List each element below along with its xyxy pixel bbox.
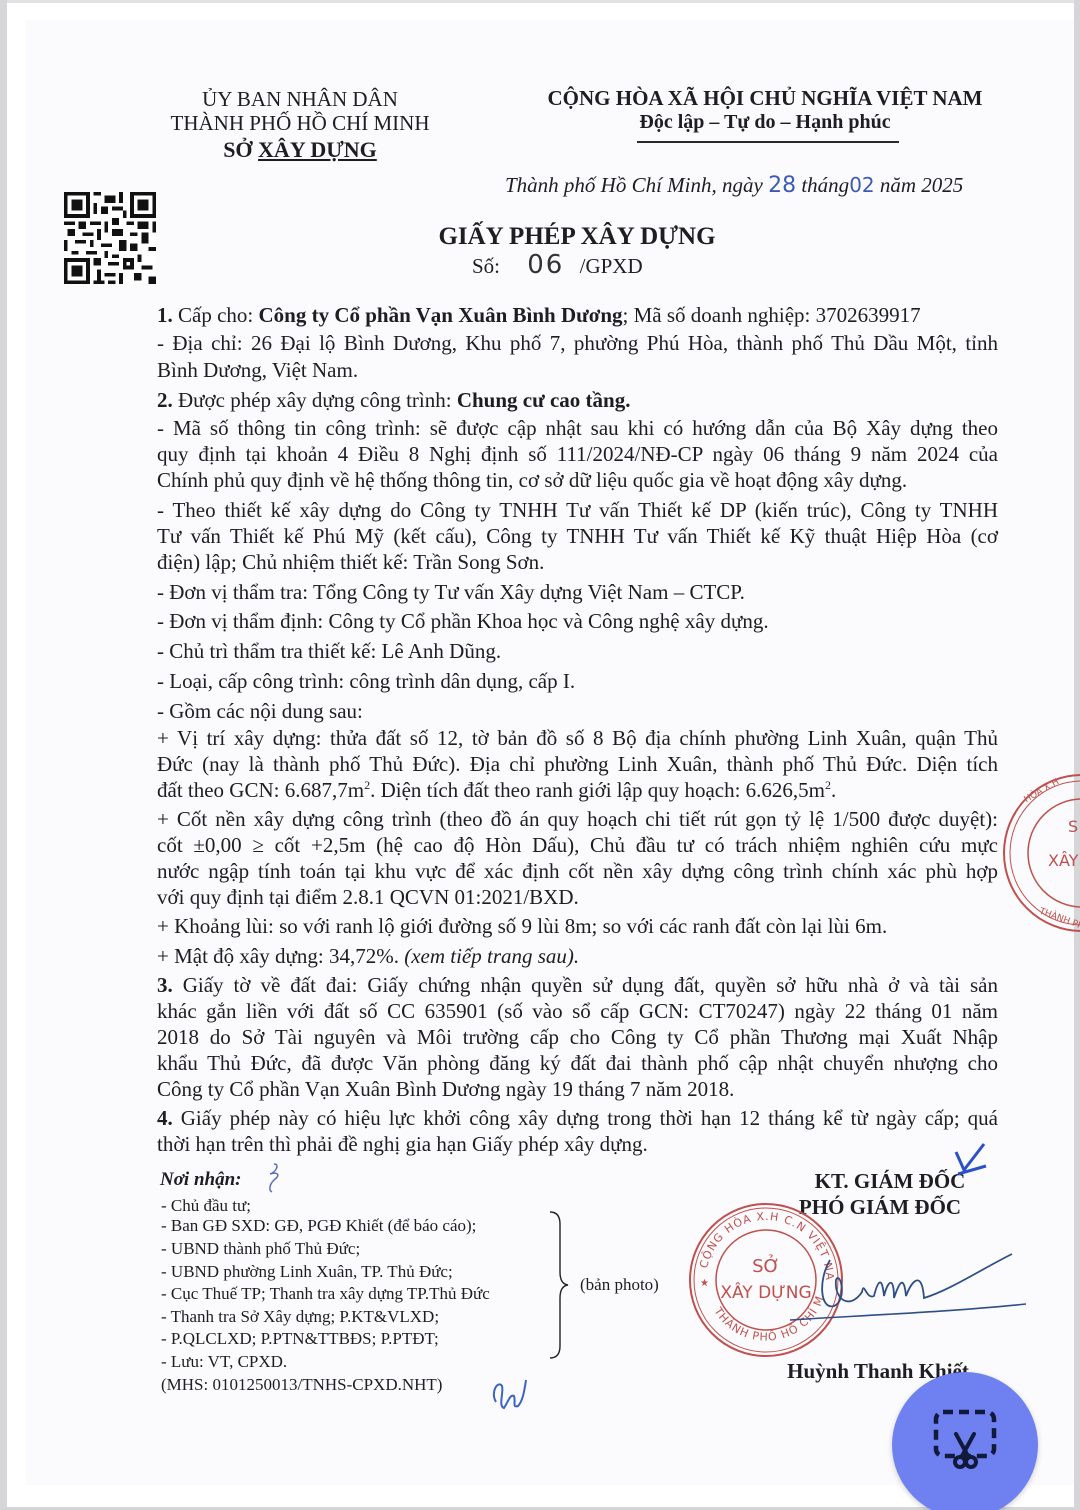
elevation-line-3: nước ngập tính toán tại khu vực để xác đ… <box>157 858 998 884</box>
agency-prefix: SỞ <box>223 137 258 162</box>
svg-text:S: S <box>1068 817 1078 836</box>
project-code-line-1: - Mã số thông tin công trình: sẽ được cậ… <box>157 415 998 441</box>
recipient-item: - Ban GĐ SXD: GĐ, PGĐ Khiết (để báo cáo)… <box>161 1215 476 1237</box>
screenshot-scissors-icon <box>932 1408 998 1474</box>
project-type: Chung cư cao tầng. <box>457 388 631 412</box>
section-4-line-2: thời hạn trên thì phải đề nghị gia hạn G… <box>157 1131 648 1157</box>
setback: + Khoảng lùi: so với ranh lộ giới đường … <box>157 913 887 939</box>
issue-date: Thành phố Hồ Chí Minh, ngày 28 tháng02 n… <box>505 172 963 199</box>
label: Được phép xây dựng công trình: <box>173 388 457 412</box>
period: . <box>831 778 836 802</box>
label: Cấp cho: <box>173 303 259 327</box>
handwritten-signature <box>790 1240 1030 1335</box>
checkmark-icon <box>950 1140 990 1180</box>
screenshot-crop-button[interactable] <box>892 1372 1038 1510</box>
gcn-area: đất theo GCN: 6.687,7m <box>157 778 364 802</box>
recipient-item: - Cục Thuế TP; Thanh tra xây dựng TP.Thủ… <box>161 1283 490 1305</box>
agency-line-2: THÀNH PHỐ HỒ CHÍ MINH <box>130 110 470 136</box>
section-number: 4. <box>157 1106 173 1130</box>
date-month-label: tháng <box>796 173 849 197</box>
handwritten-initial <box>488 1372 530 1416</box>
svg-text:HÒA X.H: HÒA X.H <box>1022 775 1061 805</box>
recipients-heading: Nơi nhận: <box>160 1168 241 1192</box>
location-line-3: đất theo GCN: 6.687,7m2. Diện tích đất t… <box>157 777 836 803</box>
building-density: + Mật độ xây dựng: 34,72%. (xem tiếp tra… <box>157 943 579 969</box>
address-line-1: - Địa chỉ: 26 Đại lộ Bình Dương, Khu phố… <box>157 330 998 356</box>
svg-text:SỞ: SỞ <box>752 1254 780 1277</box>
copy-note: (bản photo) <box>580 1274 659 1296</box>
location-line-1: + Vị trí xây dựng: thửa đất số 12, tờ bả… <box>157 725 998 751</box>
national-motto: Độc lập – Tự do – Hạnh phúc <box>530 109 1000 135</box>
agency-name: XÂY DỰNG <box>258 137 377 162</box>
svg-text:XÂY: XÂY <box>1048 851 1079 870</box>
official-seal-partial: XÂY S HÒA X.H THÀNH PHỐ <box>982 768 1080 938</box>
date-day-handwritten: 28 <box>768 173 796 198</box>
section-number: 3. <box>157 973 173 997</box>
date-prefix: Thành phố Hồ Chí Minh, ngày <box>505 173 768 197</box>
section-4-line-1: 4. Giấy phép này có hiệu lực khởi công x… <box>157 1105 998 1131</box>
tax-code: ; Mã số doanh nghiệp: 3702639917 <box>623 303 921 327</box>
project-class: - Loại, cấp công trình: công trình dân d… <box>157 668 575 694</box>
elevation-line-4: với quy định tại điểm 2.8.1 QCVN 01:2021… <box>157 884 579 910</box>
contents-heading: - Gồm các nội dung sau: <box>157 698 363 724</box>
density-value: + Mật độ xây dựng: 34,72%. <box>157 944 404 968</box>
recipient-item: - P.QLCLXD; P.PTN&TTBĐS; P.PTĐT; <box>161 1328 439 1350</box>
motto-underline <box>637 141 899 143</box>
design-line-2: Tư vấn Thiết kế Phú Mỹ (kết cấu), Công t… <box>157 523 998 549</box>
text: Giấy tờ về đất đai: Giấy chứng nhận quyề… <box>173 973 998 997</box>
svg-text:★: ★ <box>700 1278 709 1289</box>
location-line-2: Đức (nay là thành phố Thủ Đức). Địa chỉ … <box>157 751 998 777</box>
section-3-line-1: 3. Giấy tờ về đất đai: Giấy chứng nhận q… <box>157 972 998 998</box>
company-name: Công ty Cổ phần Vạn Xuân Bình Dương <box>258 303 622 327</box>
document-title: GIẤY PHÉP XÂY DỰNG <box>0 222 1080 252</box>
project-code-line-3: Chính phủ quy định về hệ thống thông tin… <box>157 467 907 493</box>
planning-area: . Diện tích đất theo ranh giới lập quy h… <box>370 778 825 802</box>
recipient-item: - UBND phường Linh Xuân, TP. Thủ Đức; <box>161 1261 453 1283</box>
project-code-line-2: quy định tại khoản 4 Điều 8 Nghị định số… <box>157 441 998 467</box>
initial-mark <box>260 1162 290 1194</box>
address-line-2: Bình Dương, Việt Nam. <box>157 357 358 383</box>
mhs-code: (MHS: 0101250013/TNHS-CPXD.NHT) <box>161 1374 442 1396</box>
number-value: 06 <box>527 250 564 280</box>
document-number: Số: 06 /GPXD <box>472 252 643 279</box>
number-label: Số: <box>472 254 500 278</box>
section-3-line-2: khác gắn liền với đất số CC 635901 (số v… <box>157 998 998 1024</box>
section-number: 1. <box>157 303 173 327</box>
number-suffix: /GPXD <box>580 254 643 278</box>
design-line-3: điện) lập; Chủ nhiệm thiết kế: Trần Song… <box>157 549 544 575</box>
recipient-item: - UBND thành phố Thủ Đức; <box>161 1238 360 1260</box>
window-frame-top <box>0 0 1080 3</box>
continued-note: (xem tiếp trang sau). <box>404 944 579 968</box>
section-3-line-4: khẩu Thủ Đức, đã được Văn phòng đăng ký … <box>157 1050 998 1076</box>
review-lead: - Chủ trì thẩm tra thiết kế: Lê Anh Dũng… <box>157 638 501 664</box>
review-unit: - Đơn vị thẩm tra: Tổng Công ty Tư vấn X… <box>157 579 745 605</box>
date-month-handwritten: 02 <box>849 173 874 197</box>
section-2-permit: 2. Được phép xây dựng công trình: Chung … <box>157 387 630 413</box>
recipient-item: - Lưu: VT, CPXD. <box>161 1351 287 1373</box>
brace-icon <box>548 1210 570 1360</box>
recipient-item: - Thanh tra Sở Xây dựng; P.KT&VLXD; <box>161 1306 439 1328</box>
agency-line-1: ỦY BAN NHÂN DÂN <box>130 86 470 112</box>
date-year: năm 2025 <box>875 173 964 197</box>
design-line-1: - Theo thiết kế xây dựng do Công ty TNHH… <box>157 497 998 523</box>
text: Giấy phép này có hiệu lực khởi công xây … <box>173 1106 998 1130</box>
section-3-line-3: 2018 do Sở Tài nguyên và Môi trường cấp … <box>157 1024 998 1050</box>
recipient-item: - Chủ đầu tư; <box>161 1195 251 1217</box>
national-title: CỘNG HÒA XÃ HỘI CHỦ NGHĨA VIỆT NAM <box>530 85 1000 111</box>
section-3-line-5: Công ty Cổ phần Vạn Xuân Bình Dương ngày… <box>157 1076 734 1102</box>
elevation-line-1: + Cốt nền xây dựng công trình (theo đồ á… <box>157 806 998 832</box>
section-number: 2. <box>157 388 173 412</box>
elevation-line-2: cốt ±0,00 ≥ cốt +2,5m (hệ cao độ Hòn Dấu… <box>157 832 998 858</box>
agency-line-3: SỞ XÂY DỰNG <box>130 137 470 163</box>
appraisal-unit: - Đơn vị thẩm định: Công ty Cổ phần Khoa… <box>157 608 769 634</box>
section-1-grantee: 1. Cấp cho: Công ty Cổ phần Vạn Xuân Bìn… <box>157 302 921 328</box>
